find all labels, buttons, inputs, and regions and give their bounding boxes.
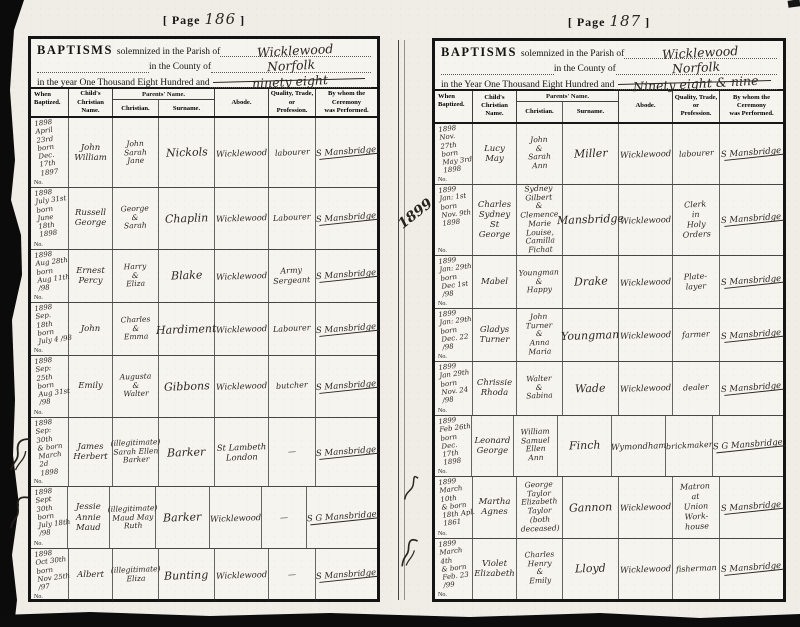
title-block: BAPTISMS solemnized in the Parish of Wic… <box>31 39 377 89</box>
cell-quality: — <box>262 487 307 548</box>
entry-child: Martha Agnes <box>479 497 511 517</box>
no-label: No. <box>438 469 447 475</box>
cell-when: 1898 Aug 28th born Aug 11th /98No. <box>31 250 69 302</box>
cell-by: S Mansbridge <box>720 185 783 255</box>
cell-surname: Chaplin <box>159 188 215 249</box>
minister-signature: S Mansbridge <box>721 500 782 515</box>
cell-abode: Wymondham <box>612 416 666 477</box>
entry-christian: John Turner & Anna Maria <box>525 313 553 357</box>
register-row: 1899 Jan 29th born Nov. 24 /98No.Chrissi… <box>435 362 783 415</box>
register-row: 1899 Jan: 29th born Dec 1st /98No.MabelY… <box>435 256 783 309</box>
entry-child: Jessie Annie Maud <box>76 502 101 533</box>
cell-by: S G Mansbridge <box>307 487 377 548</box>
header-childs-name: Child's Christian Name. <box>69 89 113 116</box>
minister-signature: S G Mansbridge <box>307 510 377 526</box>
cell-abode: Wicklewood <box>619 539 673 600</box>
header-surname: Surname. <box>563 102 618 122</box>
minister-signature: S G Mansbridge <box>713 438 783 454</box>
minister-signature: S Mansbridge <box>316 321 377 336</box>
no-label: No. <box>34 479 43 485</box>
entry-child: Lucy May <box>484 144 505 164</box>
cell-abode: Wicklewood <box>215 250 269 302</box>
title-block: BAPTISMS solemnized in the Parish of Wic… <box>435 41 783 91</box>
entry-when: 1898 Sep. 18th born July 4 /98 <box>34 301 73 346</box>
no-label: No. <box>438 531 447 537</box>
cell-quality: dealer <box>673 362 720 414</box>
register-row: 1898 Sept 30th born July 18th /98No.Jess… <box>31 487 377 549</box>
header-when-baptized: When Baptized. <box>435 91 473 122</box>
entry-christian: William Samuel Ellen Ann <box>521 428 551 464</box>
header-by-whom: By whom the Ceremony was Performed. <box>720 91 783 122</box>
page-label-close: ] <box>240 13 245 27</box>
entry-surname: Barker <box>163 510 202 525</box>
entry-christian: (illegitimate) Maud May Ruth <box>107 504 158 532</box>
entry-child: Mabel <box>481 277 508 287</box>
minister-signature: S Mansbridge <box>316 145 377 160</box>
title-baptisms: BAPTISMS <box>441 46 517 60</box>
cell-child: Emily <box>69 356 113 417</box>
cell-abode: Wicklewood <box>215 356 269 417</box>
entry-quality: farmer <box>682 329 710 340</box>
cell-surname: Wade <box>563 362 619 414</box>
cell-quality: brickmaker <box>666 416 713 477</box>
entry-child: John <box>81 324 100 334</box>
cell-quality: Labourer <box>269 188 316 249</box>
entry-quality: — <box>288 570 297 580</box>
no-label: No. <box>438 177 447 183</box>
cell-surname: Barker <box>156 487 210 548</box>
minister-signature: S Mansbridge <box>721 274 782 289</box>
entry-surname: Wade <box>575 381 606 395</box>
entry-abode: Wicklewood <box>620 214 671 226</box>
cell-surname: Hardiment <box>159 303 215 355</box>
minister-signature: S Mansbridge <box>316 567 377 582</box>
header-abode: Abode. <box>215 89 269 116</box>
entry-abode: Wicklewood <box>216 381 267 393</box>
entry-when: 1898 Nov. 27th born May 3rd 1898 <box>438 121 478 174</box>
page-label-open: [ Page <box>568 15 606 29</box>
entry-child: Albert <box>77 570 104 580</box>
page-number-label-left: [ Page 186 ] <box>28 10 380 28</box>
cell-child: Violet Elizabeth <box>473 539 517 600</box>
entry-abode: Wicklewood <box>210 512 261 524</box>
entry-abode: Wicklewood <box>620 148 671 160</box>
header-parents-name: Parents' Name. Christian. Surname. <box>517 91 619 122</box>
page-label-open: [ Page <box>163 13 201 27</box>
title-line2-printed: in the County of <box>149 62 211 72</box>
cell-when: 1899 Jan: 29th born Dec 1st /98No. <box>435 256 473 308</box>
entry-christian: Augusta & Walter <box>119 373 152 400</box>
minister-signature: S Mansbridge <box>721 146 782 161</box>
title-line2-printed: in the County of <box>554 64 616 74</box>
scanned-register-page: [ Page 186 ] [ Page 187 ] BAPTISMS solem… <box>0 0 800 627</box>
cell-abode: Wicklewood <box>210 487 262 548</box>
cell-abode: Wicklewood <box>619 185 673 255</box>
cell-child: Chrissie Rhoda <box>473 362 517 414</box>
cell-abode: Wicklewood <box>619 256 673 308</box>
register-row: 1898 Oct 30th born Nov 25th /97No.Albert… <box>31 549 377 601</box>
entry-when: 1899 Feb 26th born Dec. 17th 1898 <box>438 414 476 467</box>
cell-child: Ernest Percy <box>69 250 113 302</box>
entry-christian: (illegitimate) Eliza <box>110 566 160 585</box>
register-row: 1898 Sep. 18th born July 4 /98No.JohnCha… <box>31 303 377 356</box>
scan-speck <box>788 0 800 8</box>
cell-surname: Finch <box>558 416 612 477</box>
margin-year-annotation: 1899 <box>395 196 436 233</box>
cell-when: 1898 Sept 30th born July 18th /98No. <box>31 487 68 548</box>
page-edge-rule <box>404 40 405 600</box>
title-baptisms: BAPTISMS <box>37 44 113 58</box>
entry-quality: brickmaker <box>666 440 713 452</box>
entry-christian: John Sarah Jane <box>124 139 148 166</box>
cell-child: Mabel <box>473 256 517 308</box>
cell-by: S Mansbridge <box>720 309 783 361</box>
entry-child: John William <box>74 143 107 163</box>
cell-christian: Augusta & Walter <box>113 356 159 417</box>
entry-surname: Lloyd <box>575 562 606 576</box>
entry-quality: labourer <box>678 148 713 160</box>
cell-abode: Wicklewood <box>215 118 269 187</box>
minister-signature: S Mansbridge <box>316 268 377 283</box>
entry-surname: Hardiment <box>156 321 217 336</box>
cell-when: 1898 Sep. 18th born July 4 /98No. <box>31 303 69 355</box>
minister-signature: S Mansbridge <box>721 212 782 227</box>
entry-when: 1898 Aug 28th born Aug 11th /98 <box>34 248 73 293</box>
entry-surname: Youngman <box>561 328 620 343</box>
cell-abode: Wicklewood <box>619 124 673 185</box>
cell-christian: (illegitimate) Maud May Ruth <box>110 487 156 548</box>
header-quality: Quality, Trade, or Profession. <box>673 91 720 122</box>
entry-quality: Labourer <box>273 323 311 335</box>
cell-when: 1899 Jan: 29th born Dec. 22 /98No. <box>435 309 473 361</box>
cell-quality: Plate- layer <box>673 256 720 308</box>
margin-scribble <box>390 535 428 572</box>
entry-when: 1898 July 31st born June 18th 1898 <box>34 186 74 239</box>
cell-christian: George Taylor Elizabeth Taylor (both dec… <box>517 477 563 538</box>
entry-child: Leonard George <box>474 436 510 456</box>
entry-abode: Wicklewood <box>620 501 671 513</box>
header-by-whom: By whom the Ceremony was Performed. <box>316 89 377 116</box>
table-header: When Baptized. Child's Christian Name. P… <box>435 91 783 124</box>
entry-quality: Plate- layer <box>684 271 708 292</box>
cell-quality: fisherman <box>673 539 720 600</box>
cell-when: 1898 Oct 30th born Nov 25th /97No. <box>31 549 69 601</box>
no-label: No. <box>34 295 43 301</box>
cell-quality: farmer <box>673 309 720 361</box>
header-childs-name: Child's Christian Name. <box>473 91 517 122</box>
cell-abode: Wicklewood <box>215 188 269 249</box>
title-line1-printed: solemnized in the Parish of <box>521 49 624 59</box>
cell-child: Charles Sydney St George <box>473 185 517 255</box>
cell-christian: Charles & Emma <box>113 303 159 355</box>
cell-by: S Mansbridge <box>316 549 377 601</box>
cell-christian: William Samuel Ellen Ann <box>514 416 558 477</box>
no-label: No. <box>438 592 447 598</box>
cell-christian: Harry & Eliza <box>113 250 159 302</box>
cell-quality: — <box>269 549 316 601</box>
minister-signature: S Mansbridge <box>721 561 782 576</box>
entry-christian: Charles & Emma <box>120 316 151 343</box>
cell-quality: Labourer <box>269 303 316 355</box>
cell-christian: (illegitimate) Eliza <box>113 549 159 601</box>
page-number-handwritten: 186 <box>205 10 237 28</box>
entry-quality: labourer <box>274 147 309 159</box>
header-surname: Surname. <box>159 100 214 116</box>
header-christian: Christian. <box>113 100 159 116</box>
entry-surname: Nickols <box>165 146 207 161</box>
cell-quality: Clerk in Holy Orders <box>673 185 720 255</box>
title-line3-printed: in the year One Thousand Eight Hundred a… <box>37 78 210 88</box>
cell-abode: Wicklewood <box>619 362 673 414</box>
cell-quality: labourer <box>673 124 720 185</box>
cell-surname: Youngman <box>563 309 619 361</box>
cell-christian: George & Sarah <box>113 188 159 249</box>
minister-signature: S Mansbridge <box>316 444 377 459</box>
entry-child: Russell George <box>75 208 106 228</box>
no-label: No. <box>438 408 447 414</box>
entry-when: 1898 Oct 30th born Nov 25th /97 <box>34 547 73 592</box>
page-number-label-right: [ Page 187 ] <box>432 12 786 30</box>
entry-quality: Clerk in Holy Orders <box>672 199 720 241</box>
entry-abode: Wicklewood <box>620 563 671 575</box>
entry-child: Gladys Turner <box>480 325 510 345</box>
year-handwritten: ninety eight <box>252 73 329 91</box>
header-christian: Christian. <box>517 102 563 122</box>
cell-quality: Army Sergeant <box>269 250 316 302</box>
cell-by: S Mansbridge <box>720 539 783 600</box>
no-label: No. <box>34 180 43 186</box>
cell-surname: Nickols <box>159 118 215 187</box>
title-line1-printed: solemnized in the Parish of <box>117 47 220 57</box>
cell-surname: Gibbons <box>159 356 215 417</box>
entry-quality: — <box>288 447 297 457</box>
entry-christian: (illegitimate) Sarah Ellen Barker <box>110 438 161 466</box>
entry-quality: fisherman <box>675 563 716 575</box>
entry-surname: Finch <box>569 439 601 453</box>
cell-surname: Bunting <box>159 549 215 601</box>
cell-child: Albert <box>69 549 113 601</box>
cell-child: Russell George <box>69 188 113 249</box>
entry-christian: George Taylor Elizabeth Taylor (both dec… <box>516 480 563 534</box>
cell-surname: Lloyd <box>563 539 619 600</box>
entry-christian: Charles Henry & Emily <box>524 551 555 587</box>
cell-surname: Miller <box>563 124 619 185</box>
cell-christian: Charles Henry & Emily <box>517 539 563 600</box>
no-label: No. <box>438 354 447 360</box>
register-row: 1898 Sep: 30th & born March 2d 1898No.Ja… <box>31 418 377 488</box>
entry-quality: Labourer <box>273 212 311 224</box>
entry-when: 1899 Jan: 1st born Nov. 9th 1898 <box>438 183 473 228</box>
entry-surname: Miller <box>573 147 607 161</box>
entry-abode: Wicklewood <box>216 213 267 225</box>
cell-abode: Wicklewood <box>619 477 673 538</box>
cell-christian: Walter & Sabina <box>517 362 563 414</box>
cell-child: Martha Agnes <box>473 477 517 538</box>
cell-christian: Youngman & Happy <box>517 256 563 308</box>
cell-by: S Mansbridge <box>720 362 783 414</box>
entry-when: 1898 Sep: 25th born Aug 31st /98 <box>34 354 74 407</box>
register-row: 1899 Feb 26th born Dec. 17th 1898No.Leon… <box>435 416 783 478</box>
entry-quality: dealer <box>683 383 709 394</box>
no-label: No. <box>34 242 43 248</box>
no-label: No. <box>438 301 447 307</box>
register-row: 1899 Jan: 1st born Nov. 9th 1898No.Charl… <box>435 185 783 256</box>
entry-quality: — <box>280 513 289 523</box>
entry-abode: St Lambeth London <box>216 441 266 463</box>
page-label-close: ] <box>645 15 650 29</box>
cell-quality: Matron at Union Work- house <box>673 477 720 538</box>
cell-when: 1898 Nov. 27th born May 3rd 1898No. <box>435 124 473 185</box>
cell-when: 1899 March 4th & born Feb. 23 /99No. <box>435 539 473 600</box>
cell-christian: (illegitimate) Sarah Ellen Barker <box>113 418 159 487</box>
entry-child: Chrissie Rhoda <box>477 378 512 398</box>
cell-surname: Barker <box>159 418 215 487</box>
register-row: 1898 Aug 28th born Aug 11th /98No.Ernest… <box>31 250 377 303</box>
entry-christian: George & Sarah <box>121 205 150 232</box>
cell-when: 1898 July 31st born June 18th 1898No. <box>31 188 69 249</box>
entry-surname: Bunting <box>164 568 209 583</box>
cell-by: S Mansbridge <box>720 477 783 538</box>
entry-quality: Army Sergeant <box>273 265 311 287</box>
cell-by: S Mansbridge <box>316 418 377 487</box>
entry-surname: Barker <box>167 445 206 460</box>
page-edge-rule <box>398 40 399 600</box>
entry-when: 1899 March 4th & born Feb. 23 /99 <box>438 536 478 589</box>
entry-when: 1899 Jan: 29th born Dec. 22 /98 <box>438 307 477 352</box>
register-rows: 1898 Nov. 27th born May 3rd 1898No.Lucy … <box>435 124 783 600</box>
cell-abode: Wicklewood <box>619 309 673 361</box>
cell-when: 1898 April 23rd born Dec. 17th 1897No. <box>31 118 69 187</box>
minister-signature: S Mansbridge <box>316 211 377 226</box>
cell-child: James Herbert <box>69 418 113 487</box>
no-label: No. <box>438 248 447 254</box>
entry-surname: Mansbridge <box>557 212 624 228</box>
entry-child: Emily <box>78 381 103 391</box>
cell-christian: John Turner & Anna Maria <box>517 309 563 361</box>
header-when-baptized: When Baptized. <box>31 89 69 116</box>
register-row: 1899 Jan: 29th born Dec. 22 /98No.Gladys… <box>435 309 783 362</box>
cell-christian: John Sarah Jane <box>113 118 159 187</box>
cell-quality: — <box>269 418 316 487</box>
cell-quality: labourer <box>269 118 316 187</box>
entry-abode: Wicklewood <box>620 382 671 394</box>
register-page-right: BAPTISMS solemnized in the Parish of Wic… <box>432 38 786 602</box>
entry-surname: Drake <box>573 275 607 289</box>
register-row: 1898 Nov. 27th born May 3rd 1898No.Lucy … <box>435 124 783 186</box>
cell-abode: St Lambeth London <box>215 418 269 487</box>
cell-surname: Blake <box>159 250 215 302</box>
table-header: When Baptized. Child's Christian Name. P… <box>31 89 377 118</box>
entry-abode: Wymondham <box>611 440 667 452</box>
entry-surname: Blake <box>171 269 203 283</box>
register-row: 1898 Sep: 25th born Aug 31st /98No.Emily… <box>31 356 377 418</box>
cell-by: S G Mansbridge <box>713 416 783 477</box>
entry-quality: butcher <box>276 381 308 393</box>
margin-scribble <box>395 474 428 505</box>
no-label: No. <box>34 594 43 600</box>
cell-when: 1898 Sep: 30th & born March 2d 1898No. <box>31 418 69 487</box>
cell-child: Lucy May <box>473 124 517 185</box>
header-abode: Abode. <box>619 91 673 122</box>
register-page-left: BAPTISMS solemnized in the Parish of Wic… <box>28 36 380 602</box>
entry-christian: John & Sarah Ann <box>528 136 552 172</box>
minister-signature: S Mansbridge <box>316 379 377 394</box>
cell-by: S Mansbridge <box>316 250 377 302</box>
register-rows: 1898 April 23rd born Dec. 17th 1897No.Jo… <box>31 118 377 601</box>
cell-when: 1898 Sep: 25th born Aug 31st /98No. <box>31 356 69 417</box>
entry-abode: Wicklewood <box>216 147 267 159</box>
cell-child: Gladys Turner <box>473 309 517 361</box>
no-label: No. <box>34 348 43 354</box>
entry-surname: Chaplin <box>165 211 209 226</box>
cell-by: S Mansbridge <box>316 303 377 355</box>
entry-abode: Wicklewood <box>620 329 671 341</box>
cell-by: S Mansbridge <box>720 256 783 308</box>
entry-child: Violet Elizabeth <box>474 559 515 579</box>
entry-christian: Walter & Sabina <box>526 375 553 402</box>
cell-by: S Mansbridge <box>316 356 377 417</box>
page-number-handwritten: 187 <box>610 12 642 30</box>
entry-christian: Youngman & Happy <box>519 268 560 296</box>
entry-abode: Wicklewood <box>620 276 671 288</box>
register-row: 1899 March 4th & born Feb. 23 /99No.Viol… <box>435 539 783 600</box>
entry-abode: Wicklewood <box>216 569 267 581</box>
entry-christian: Harry & Eliza <box>124 262 148 289</box>
entry-when: 1899 Jan: 29th born Dec 1st /98 <box>438 254 477 299</box>
cell-when: 1899 Jan: 1st born Nov. 9th 1898No. <box>435 185 473 255</box>
entry-surname: Gibbons <box>163 379 209 394</box>
scan-edge-bottom <box>0 610 800 627</box>
cell-by: S Mansbridge <box>316 118 377 187</box>
cell-quality: butcher <box>269 356 316 417</box>
cell-child: John William <box>69 118 113 187</box>
cell-surname: Drake <box>563 256 619 308</box>
no-label: No. <box>34 541 43 547</box>
cell-by: S Mansbridge <box>720 124 783 185</box>
minister-signature: S Mansbridge <box>721 327 782 342</box>
cell-child: John <box>69 303 113 355</box>
entry-child: James Herbert <box>73 442 107 462</box>
cell-abode: Wicklewood <box>215 303 269 355</box>
cell-when: 1899 March 10th & born 18th Apl. 1861No. <box>435 477 473 538</box>
entry-child: Ernest Percy <box>76 266 105 286</box>
entry-abode: Wicklewood <box>216 323 267 335</box>
cell-child: Jessie Annie Maud <box>68 487 110 548</box>
register-row: 1898 July 31st born June 18th 1898No.Rus… <box>31 188 377 250</box>
title-line3-printed: in the Year One Thousand Eight Hundred a… <box>441 80 614 90</box>
cell-when: 1899 Feb 26th born Dec. 17th 1898No. <box>435 416 472 477</box>
cell-abode: Wicklewood <box>215 549 269 601</box>
entry-surname: Gannon <box>569 500 613 515</box>
entry-abode: Wicklewood <box>216 270 267 282</box>
no-label: No. <box>34 410 43 416</box>
header-quality: Quality, Trade, or Profession. <box>269 89 316 116</box>
entry-quality: Matron at Union Work- house <box>672 481 721 533</box>
header-parents-name: Parents' Name. Christian. Surname. <box>113 89 215 116</box>
cell-surname: Gannon <box>563 477 619 538</box>
cell-surname: Mansbridge <box>563 185 619 255</box>
minister-signature: S Mansbridge <box>721 381 782 396</box>
cell-by: S Mansbridge <box>316 188 377 249</box>
cell-when: 1899 Jan 29th born Nov. 24 /98No. <box>435 362 473 414</box>
entry-when: 1899 March 10th & born 18th Apl. 1861 <box>438 475 478 528</box>
entry-when: 1899 Jan 29th born Nov. 24 /98 <box>438 360 477 405</box>
entry-child: Charles Sydney St George <box>473 200 516 241</box>
cell-christian: John & Sarah Ann <box>517 124 563 185</box>
register-row: 1898 April 23rd born Dec. 17th 1897No.Jo… <box>31 118 377 188</box>
scan-edge-left <box>0 0 24 627</box>
register-row: 1899 March 10th & born 18th Apl. 1861No.… <box>435 477 783 539</box>
